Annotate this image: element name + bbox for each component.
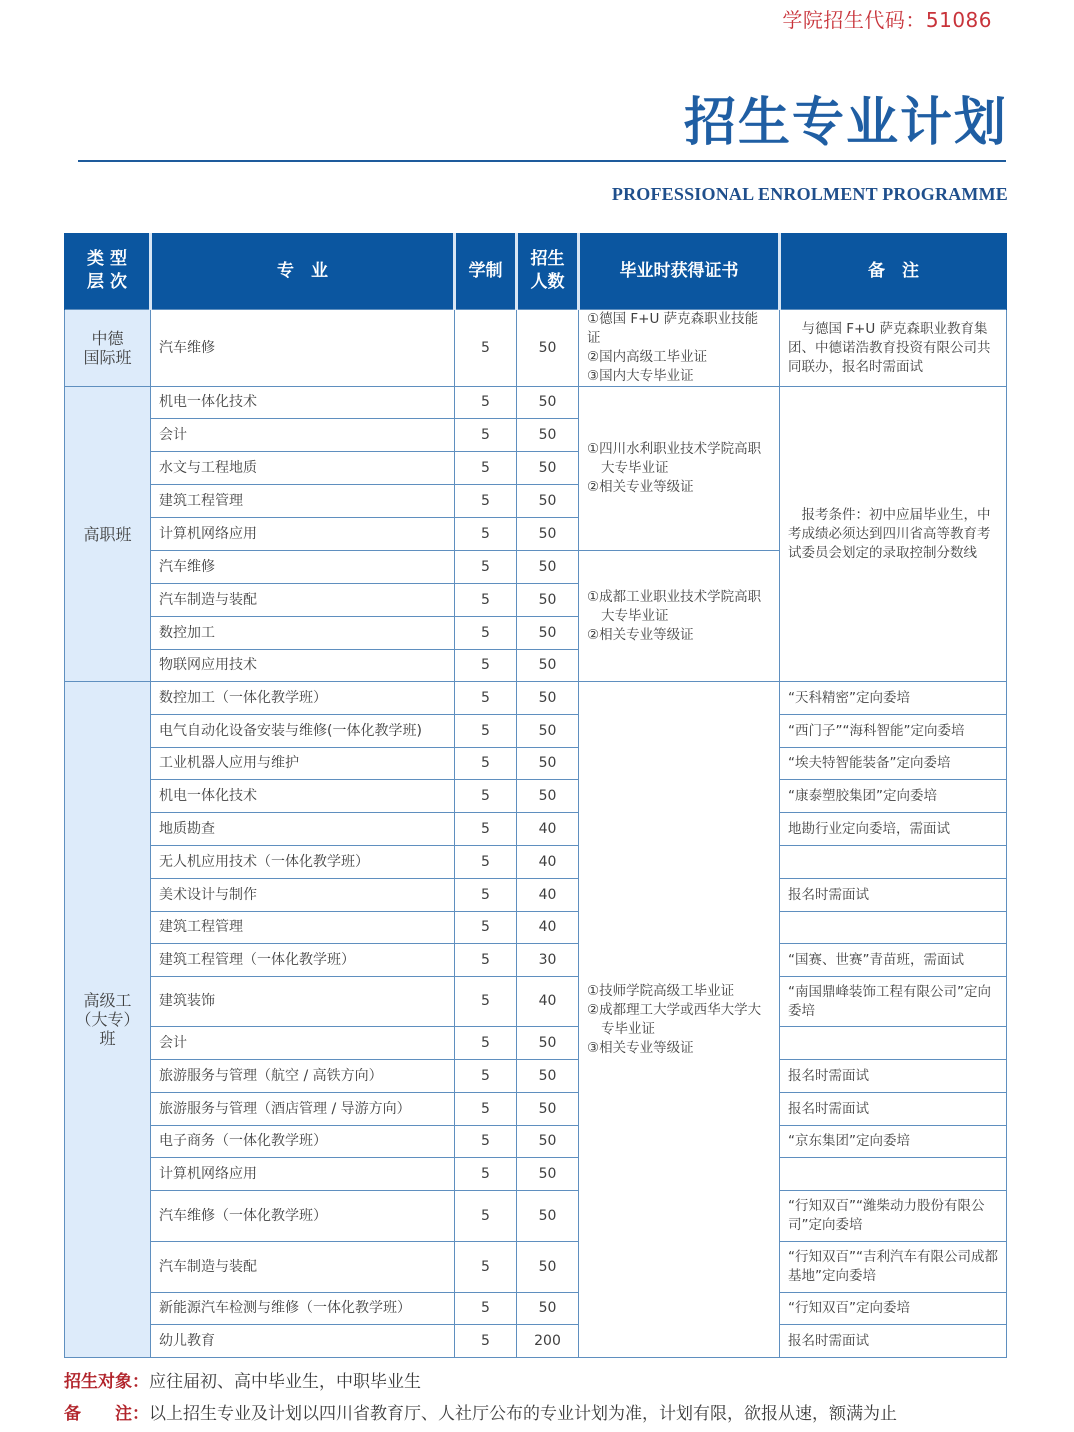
years-cell: 5 — [455, 1325, 517, 1358]
quota-cell: 50 — [517, 650, 579, 682]
quota-cell: 50 — [517, 1293, 579, 1325]
table-header-row: 类 型层 次 专 业 学制 招生人数 毕业时获得证书 备 注 — [65, 233, 1007, 310]
note-cell: 报名时需面试 — [780, 1325, 1007, 1358]
note-cell: “天科精密”定向委培 — [780, 682, 1007, 715]
table-row: 幼儿教育 5 200 报名时需面试 — [65, 1325, 1007, 1358]
quota-cell: 50 — [517, 485, 579, 518]
table-row: 中德国际班 汽车维修 5 50 ①德国 F+U 萨克森职业技能证 ②国内高级工毕… — [65, 310, 1007, 387]
major-cell: 美术设计与制作 — [151, 879, 455, 912]
table-row: 旅游服务与管理（航空 / 高铁方向） 5 50 报名时需面试 — [65, 1060, 1007, 1093]
quota-cell: 50 — [517, 1027, 579, 1060]
table-row: 汽车维修（一体化教学班） 5 50 “行知双百”“潍柴动力股份有限公司”定向委培 — [65, 1191, 1007, 1242]
years-cell: 5 — [455, 1093, 517, 1126]
table-row: 旅游服务与管理（酒店管理 / 导游方向） 5 50 报名时需面试 — [65, 1093, 1007, 1126]
quota-cell: 50 — [517, 1060, 579, 1093]
table-row: 建筑装饰 5 40 “南国鼎峰装饰工程有限公司”定向委培 — [65, 977, 1007, 1027]
years-cell: 5 — [455, 944, 517, 977]
table-row: 无人机应用技术（一体化教学班） 5 40 — [65, 846, 1007, 879]
page-title: 招生专业计划 — [684, 80, 1008, 155]
note-cell: “行知双百”定向委培 — [780, 1293, 1007, 1325]
major-cell: 建筑工程管理 — [151, 912, 455, 944]
quota-cell: 50 — [517, 1126, 579, 1158]
major-cell: 建筑工程管理（一体化教学班） — [151, 944, 455, 977]
quota-cell: 50 — [517, 780, 579, 813]
table-row: 高级工（大专）班 数控加工（一体化教学班） 5 50 ①技师学院高级工毕业证 ②… — [65, 682, 1007, 715]
footer-target: 招生对象：应往届初、高中毕业生，中职毕业生 — [64, 1367, 421, 1392]
years-cell: 5 — [455, 715, 517, 748]
title-divider — [78, 160, 1006, 162]
quota-cell: 50 — [517, 617, 579, 650]
quota-cell: 50 — [517, 682, 579, 715]
note-label: 备 注： — [64, 1404, 149, 1424]
quota-cell: 50 — [517, 452, 579, 485]
quota-cell: 50 — [517, 419, 579, 452]
cert-cell: ①技师学院高级工毕业证 ②成都理工大学或西华大学大 专毕业证 ③相关专业等级证 — [579, 682, 780, 1358]
major-cell: 机电一体化技术 — [151, 780, 455, 813]
note-cell: “西门子”“海科智能”定向委培 — [780, 715, 1007, 748]
type-cell: 中德国际班 — [65, 310, 151, 387]
page-subtitle: PROFESSIONAL ENROLMENT PROGRAMME — [612, 184, 1008, 205]
note-cell: “行知双百”“吉利汽车有限公司成都基地”定向委培 — [780, 1242, 1007, 1293]
years-cell: 5 — [455, 1158, 517, 1191]
quota-cell: 40 — [517, 813, 579, 846]
major-cell: 汽车维修 — [151, 551, 455, 584]
col-header-type: 类 型层 次 — [65, 233, 151, 310]
quota-cell: 40 — [517, 846, 579, 879]
quota-cell: 50 — [517, 1191, 579, 1242]
years-cell: 5 — [455, 1126, 517, 1158]
college-code: 学院招生代码：51086 — [782, 4, 992, 33]
years-cell: 5 — [455, 977, 517, 1027]
major-cell: 旅游服务与管理（酒店管理 / 导游方向） — [151, 1093, 455, 1126]
quota-cell: 200 — [517, 1325, 579, 1358]
major-cell: 汽车维修 — [151, 310, 455, 387]
years-cell: 5 — [455, 879, 517, 912]
col-header-note: 备 注 — [780, 233, 1007, 310]
years-cell: 5 — [455, 780, 517, 813]
years-cell: 5 — [455, 846, 517, 879]
table-row: 机电一体化技术 5 50 “康泰塑胶集团”定向委培 — [65, 780, 1007, 813]
years-cell: 5 — [455, 485, 517, 518]
quota-cell: 40 — [517, 977, 579, 1027]
years-cell: 5 — [455, 912, 517, 944]
col-header-quota: 招生人数 — [517, 233, 579, 310]
note-cell: 报名时需面试 — [780, 1093, 1007, 1126]
type-cell: 高职班 — [65, 387, 151, 682]
major-cell: 计算机网络应用 — [151, 1158, 455, 1191]
major-cell: 机电一体化技术 — [151, 387, 455, 419]
quota-cell: 40 — [517, 879, 579, 912]
major-cell: 建筑装饰 — [151, 977, 455, 1027]
note-cell — [780, 1158, 1007, 1191]
col-header-years: 学制 — [455, 233, 517, 310]
years-cell: 5 — [455, 650, 517, 682]
col-header-cert: 毕业时获得证书 — [579, 233, 780, 310]
major-cell: 旅游服务与管理（航空 / 高铁方向） — [151, 1060, 455, 1093]
note-cell: 与德国 F+U 萨克森职业教育集团、中德诺浩教育投资有限公司共同联办，报名时需面… — [780, 310, 1007, 387]
target-label: 招生对象： — [64, 1372, 149, 1392]
major-cell: 建筑工程管理 — [151, 485, 455, 518]
table-row: 建筑工程管理（一体化教学班） 5 30 “国赛、世赛”青苗班，需面试 — [65, 944, 1007, 977]
years-cell: 5 — [455, 1191, 517, 1242]
quota-cell: 50 — [517, 584, 579, 617]
col-header-major: 专 业 — [151, 233, 455, 310]
quota-cell: 30 — [517, 944, 579, 977]
years-cell: 5 — [455, 387, 517, 419]
footer-note: 备 注：以上招生专业及计划以四川省教育厅、人社厅公布的专业计划为准，计划有限，欲… — [64, 1399, 897, 1424]
cert-cell: ①德国 F+U 萨克森职业技能证 ②国内高级工毕业证 ③国内大专毕业证 — [579, 310, 780, 387]
note-cell — [780, 912, 1007, 944]
table-row: 会计 5 50 — [65, 1027, 1007, 1060]
major-cell: 汽车维修（一体化教学班） — [151, 1191, 455, 1242]
major-cell: 会计 — [151, 419, 455, 452]
years-cell: 5 — [455, 584, 517, 617]
table-row: 汽车制造与装配 5 50 “行知双百”“吉利汽车有限公司成都基地”定向委培 — [65, 1242, 1007, 1293]
note-cell — [780, 1027, 1007, 1060]
table-row: 建筑工程管理 5 40 — [65, 912, 1007, 944]
note-cell: “京东集团”定向委培 — [780, 1126, 1007, 1158]
major-cell: 水文与工程地质 — [151, 452, 455, 485]
note-cell: 报名时需面试 — [780, 1060, 1007, 1093]
years-cell: 5 — [455, 748, 517, 780]
note-cell: “国赛、世赛”青苗班，需面试 — [780, 944, 1007, 977]
years-cell: 5 — [455, 452, 517, 485]
years-cell: 5 — [455, 1293, 517, 1325]
years-cell: 5 — [455, 310, 517, 387]
major-cell: 无人机应用技术（一体化教学班） — [151, 846, 455, 879]
major-cell: 汽车制造与装配 — [151, 584, 455, 617]
years-cell: 5 — [455, 1060, 517, 1093]
years-cell: 5 — [455, 813, 517, 846]
note-cell: “南国鼎峰装饰工程有限公司”定向委培 — [780, 977, 1007, 1027]
table-row: 计算机网络应用 5 50 — [65, 1158, 1007, 1191]
type-cell: 高级工（大专）班 — [65, 682, 151, 1358]
table-row: 高职班 机电一体化技术 5 50 ①四川水利职业技术学院高职 大专毕业证 ②相关… — [65, 387, 1007, 419]
quota-cell: 50 — [517, 518, 579, 551]
major-cell: 工业机器人应用与维护 — [151, 748, 455, 780]
table-row: 电气自动化设备安装与维修(一体化教学班) 5 50 “西门子”“海科智能”定向委… — [65, 715, 1007, 748]
major-cell: 新能源汽车检测与维修（一体化教学班） — [151, 1293, 455, 1325]
quota-cell: 50 — [517, 310, 579, 387]
note-text: 以上招生专业及计划以四川省教育厅、人社厅公布的专业计划为准，计划有限，欲报从速，… — [149, 1404, 897, 1424]
major-cell: 地质勘查 — [151, 813, 455, 846]
quota-cell: 50 — [517, 551, 579, 584]
cert-cell: ①四川水利职业技术学院高职 大专毕业证 ②相关专业等级证 — [579, 387, 780, 551]
major-cell: 汽车制造与装配 — [151, 1242, 455, 1293]
target-text: 应往届初、高中毕业生，中职毕业生 — [149, 1372, 421, 1392]
years-cell: 5 — [455, 551, 517, 584]
cert-cell: ①成都工业职业技术学院高职 大专毕业证 ②相关专业等级证 — [579, 551, 780, 682]
quota-cell: 50 — [517, 715, 579, 748]
major-cell: 会计 — [151, 1027, 455, 1060]
table-row: 工业机器人应用与维护 5 50 “埃夫特智能装备”定向委培 — [65, 748, 1007, 780]
enrolment-table: 类 型层 次 专 业 学制 招生人数 毕业时获得证书 备 注 中德国际班 汽车维… — [64, 233, 1007, 1358]
note-cell: “埃夫特智能装备”定向委培 — [780, 748, 1007, 780]
major-cell: 数控加工 — [151, 617, 455, 650]
years-cell: 5 — [455, 617, 517, 650]
note-cell — [780, 846, 1007, 879]
years-cell: 5 — [455, 518, 517, 551]
major-cell: 电子商务（一体化教学班） — [151, 1126, 455, 1158]
major-cell: 计算机网络应用 — [151, 518, 455, 551]
major-cell: 幼儿教育 — [151, 1325, 455, 1358]
quota-cell: 50 — [517, 1158, 579, 1191]
note-cell: 报考条件：初中应届毕业生，中考成绩必须达到四川省高等教育考试委员会划定的录取控制… — [780, 387, 1007, 682]
quota-cell: 50 — [517, 387, 579, 419]
years-cell: 5 — [455, 1242, 517, 1293]
table-row: 美术设计与制作 5 40 报名时需面试 — [65, 879, 1007, 912]
major-cell: 电气自动化设备安装与维修(一体化教学班) — [151, 715, 455, 748]
years-cell: 5 — [455, 1027, 517, 1060]
note-cell: “康泰塑胶集团”定向委培 — [780, 780, 1007, 813]
major-cell: 数控加工（一体化教学班） — [151, 682, 455, 715]
quota-cell: 50 — [517, 748, 579, 780]
major-cell: 物联网应用技术 — [151, 650, 455, 682]
note-cell: “行知双百”“潍柴动力股份有限公司”定向委培 — [780, 1191, 1007, 1242]
quota-cell: 50 — [517, 1242, 579, 1293]
table-row: 新能源汽车检测与维修（一体化教学班） 5 50 “行知双百”定向委培 — [65, 1293, 1007, 1325]
table-row: 地质勘查 5 40 地勘行业定向委培，需面试 — [65, 813, 1007, 846]
quota-cell: 50 — [517, 1093, 579, 1126]
note-cell: 报名时需面试 — [780, 879, 1007, 912]
years-cell: 5 — [455, 682, 517, 715]
table-row: 电子商务（一体化教学班） 5 50 “京东集团”定向委培 — [65, 1126, 1007, 1158]
quota-cell: 40 — [517, 912, 579, 944]
note-cell: 地勘行业定向委培，需面试 — [780, 813, 1007, 846]
years-cell: 5 — [455, 419, 517, 452]
